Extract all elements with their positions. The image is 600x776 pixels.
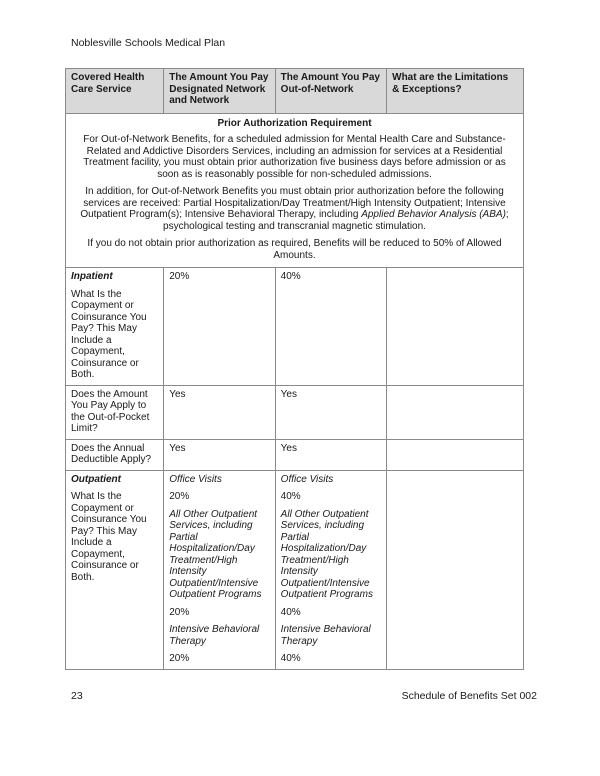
- outpatient-network: Office Visits 20% All Other Outpatient S…: [164, 470, 275, 669]
- network-other-label: All Other Outpatient Services, including…: [169, 509, 269, 601]
- page-number: 23: [71, 690, 83, 702]
- table-row-deductible: Does the Annual Deductible Apply? Yes Ye…: [66, 439, 524, 470]
- oon-other-value: 40%: [281, 607, 381, 619]
- oon-other-label: All Other Outpatient Services, including…: [281, 509, 381, 601]
- oon-ibt-value: 40%: [281, 653, 381, 665]
- prior-authorization-para-3: If you do not obtain prior authorization…: [72, 238, 517, 261]
- prior-authorization-cell: Prior Authorization Requirement For Out-…: [66, 113, 524, 268]
- outpatient-question: What Is the Copayment or Coinsurance You…: [71, 491, 158, 583]
- column-header-network: The Amount You Pay Designated Network an…: [164, 69, 275, 114]
- table-row-oop: Does the Amount You Pay Apply to the Out…: [66, 385, 524, 439]
- network-ibt-value: 20%: [169, 653, 269, 665]
- para-2-italic: Applied Behavior Analysis (ABA): [361, 209, 506, 220]
- inpatient-label: Inpatient: [71, 271, 158, 283]
- prior-authorization-row: Prior Authorization Requirement For Out-…: [66, 113, 524, 268]
- deductible-limitations: [387, 439, 524, 470]
- oop-limitations: [387, 385, 524, 439]
- outpatient-limitations: [387, 470, 524, 669]
- network-ibt-label: Intensive Behavioral Therapy: [169, 624, 269, 647]
- column-header-out-of-network: The Amount You Pay Out-of-Network: [275, 69, 386, 114]
- deductible-network: Yes: [164, 439, 275, 470]
- oon-office-visits-label: Office Visits: [281, 474, 381, 486]
- oop-out-of-network: Yes: [275, 385, 386, 439]
- inpatient-question: What Is the Copayment or Coinsurance You…: [71, 289, 158, 381]
- table-row-inpatient: Inpatient What Is the Copayment or Coins…: [66, 268, 524, 386]
- inpatient-service-cell: Inpatient What Is the Copayment or Coins…: [66, 268, 164, 386]
- prior-authorization-title: Prior Authorization Requirement: [72, 118, 517, 130]
- outpatient-service-cell: Outpatient What Is the Copayment or Coin…: [66, 470, 164, 669]
- benefits-table: Covered Health Care Service The Amount Y…: [65, 68, 524, 670]
- footer-title: Schedule of Benefits Set 002: [402, 690, 537, 702]
- oop-question: Does the Amount You Pay Apply to the Out…: [66, 385, 164, 439]
- inpatient-out-of-network: 40%: [275, 268, 386, 386]
- deductible-question: Does the Annual Deductible Apply?: [66, 439, 164, 470]
- network-office-visits-value: 20%: [169, 491, 269, 503]
- outpatient-out-of-network: Office Visits 40% All Other Outpatient S…: [275, 470, 386, 669]
- inpatient-limitations: [387, 268, 524, 386]
- column-header-service: Covered Health Care Service: [66, 69, 164, 114]
- prior-authorization-para-1: For Out-of-Network Benefits, for a sched…: [72, 134, 517, 180]
- inpatient-network: 20%: [164, 268, 275, 386]
- oop-network: Yes: [164, 385, 275, 439]
- outpatient-label: Outpatient: [71, 474, 158, 486]
- network-office-visits-label: Office Visits: [169, 474, 269, 486]
- page-header: Noblesville Schools Medical Plan: [71, 37, 225, 49]
- prior-authorization-para-2: In addition, for Out-of-Network Benefits…: [72, 186, 517, 232]
- deductible-out-of-network: Yes: [275, 439, 386, 470]
- oon-ibt-label: Intensive Behavioral Therapy: [281, 624, 381, 647]
- column-header-limitations: What are the Limitations & Exceptions?: [387, 69, 524, 114]
- table-row-outpatient: Outpatient What Is the Copayment or Coin…: [66, 470, 524, 669]
- table-header-row: Covered Health Care Service The Amount Y…: [66, 69, 524, 114]
- network-other-value: 20%: [169, 607, 269, 619]
- oon-office-visits-value: 40%: [281, 491, 381, 503]
